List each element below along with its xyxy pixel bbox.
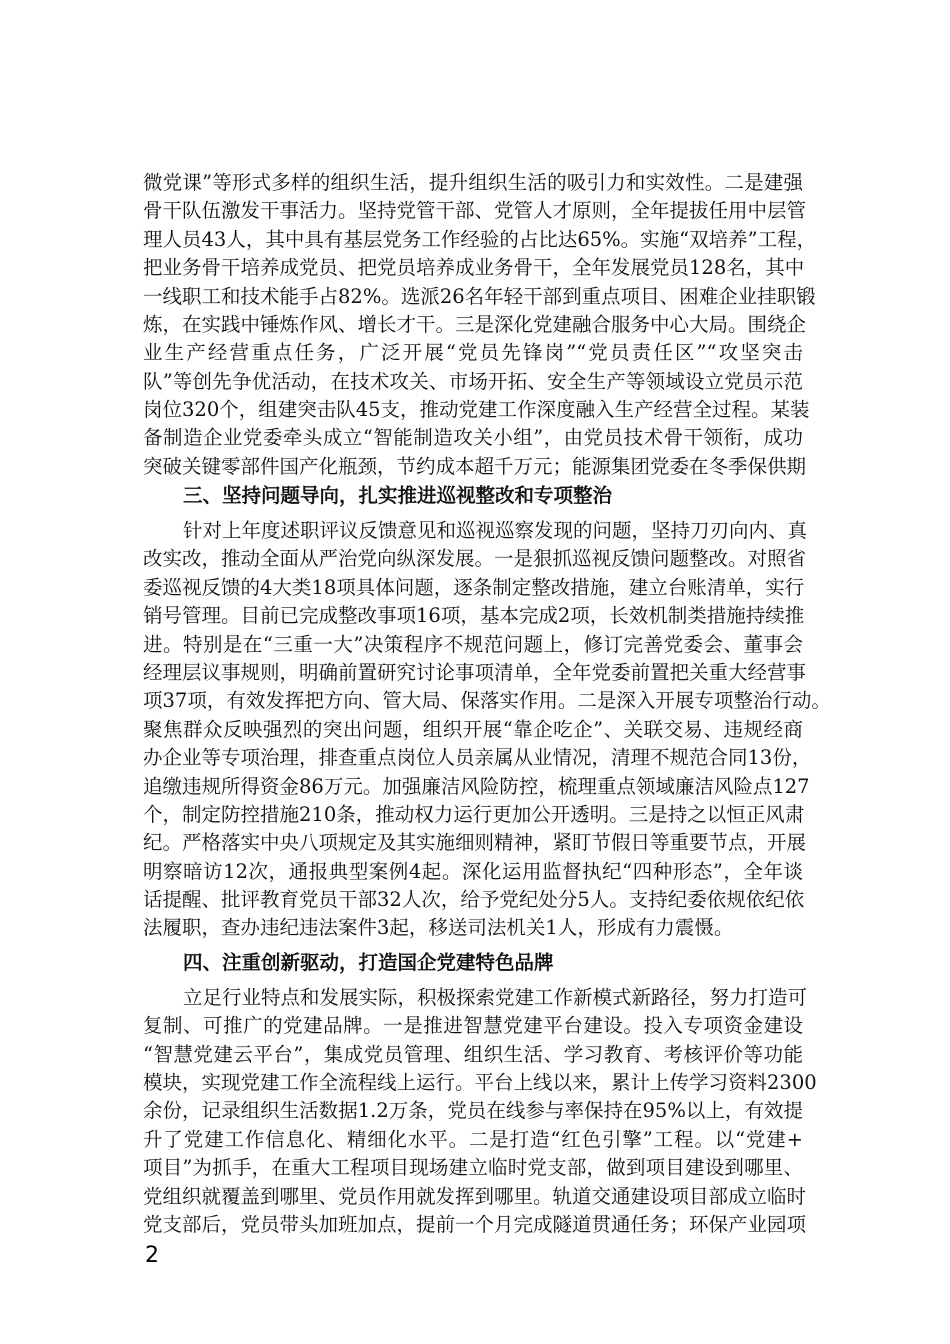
text-line: 立足行业特点和发展实际，积极探索党建工作新模式新路径，努力打造可	[183, 984, 803, 1012]
text-line: 项37项，有效发挥把方向、管大局、保落实作用。二是深入开展专项整治行动。	[143, 687, 803, 715]
text-line: 个，制定防控措施210条，推动权力运行更加公开透明。三是持之以恒正风肃	[143, 801, 803, 829]
text-line: 党支部后，党员带头加班加点，提前一个月完成隧道贯通任务；环保产业园项	[143, 1211, 803, 1239]
text-line: 业生产经营重点任务，广泛开展“党员先锋岗”“党员责任区”“攻坚突击	[143, 339, 803, 367]
text-line: 法履职，查办违纪违法案件3起，移送司法机关1人，形成有力震慑。	[143, 914, 803, 942]
text-line: 把业务骨干培养成党员、把党员培养成业务骨干，全年发展党员128名，其中	[143, 254, 803, 282]
text-line: 针对上年度述职评议反馈意见和巡视巡察发现的问题，坚持刀刃向内、真	[183, 517, 803, 545]
text-line: 项目”为抓手，在重大工程项目现场建立临时党支部，做到项目建设到哪里、	[143, 1154, 803, 1182]
text-line: 微党课”等形式多样的组织生活，提升组织生活的吸引力和实效性。二是建强	[143, 169, 803, 197]
text-line: 委巡视反馈的4大类18项具体问题，逐条制定整改措施，建立台账清单，实行	[143, 574, 803, 602]
text-line: 骨干队伍激发干事活力。坚持党管干部、党管人才原则，全年提拔任用中层管	[143, 197, 803, 225]
text-line: 升了党建工作信息化、精细化水平。二是打造“红色引擎”工程。以“党建+	[143, 1126, 803, 1154]
text-line: 一线职工和技术能手占82%。选派26名年轻干部到重点项目、困难企业挂职锻	[143, 283, 803, 311]
text-line: 纪。严格落实中央八项规定及其实施细则精神，紧盯节假日等重要节点，开展	[143, 829, 803, 857]
text-line: 改实改，推动全面从严治党向纵深发展。一是狠抓巡视反馈问题整改。对照省	[143, 545, 803, 573]
text-line: 办企业等专项治理，排查重点岗位人员亲属从业情况，清理不规范合同13份，	[143, 744, 803, 772]
text-line: 余份，记录组织生活数据1.2万条，党员在线参与率保持在95%以上，有效提	[143, 1097, 803, 1125]
section-heading-3: 三、坚持问题导向，扎实推进巡视整改和专项整治	[183, 481, 612, 511]
text-line: 备制造企业党委牵头成立“智能制造攻关小组”，由党员技术骨干领衔，成功	[143, 424, 803, 452]
document-page: 微党课”等形式多样的组织生活，提升组织生活的吸引力和实效性。二是建强 骨干队伍激…	[0, 0, 950, 1344]
text-line: 销号管理。目前已完成整改事项16项，基本完成2项，长效机制类措施持续推	[143, 602, 803, 630]
text-line: “智慧党建云平台”，集成党员管理、组织生活、学习教育、考核评价等功能	[143, 1041, 803, 1069]
text-line: 进。特别是在“三重一大”决策程序不规范问题上，修订完善党委会、董事会	[143, 631, 803, 659]
text-line: 党组织就覆盖到哪里、党员作用就发挥到哪里。轨道交通建设项目部成立临时	[143, 1183, 803, 1211]
text-line: 理人员43人，其中具有基层党务工作经验的占比达65%。实施“双培养”工程，	[143, 226, 803, 254]
text-line: 明察暗访12次，通报典型案例4起。深化运用监督执纪“四种形态”，全年谈	[143, 858, 803, 886]
text-line: 队”等创先争优活动，在技术攻关、市场开拓、安全生产等领域设立党员示范	[143, 368, 803, 396]
page-number: 2	[145, 1243, 159, 1268]
text-line: 聚焦群众反映强烈的突出问题，组织开展“靠企吃企”、关联交易、违规经商	[143, 716, 803, 744]
text-line: 追缴违规所得资金86万元。加强廉洁风险防控，梳理重点领域廉洁风险点127	[143, 773, 803, 801]
text-line: 话提醒、批评教育党员干部32人次，给予党纪处分5人。支持纪委依规依纪依	[143, 886, 803, 914]
text-line: 模块，实现党建工作全流程线上运行。平台上线以来，累计上传学习资料2300	[143, 1069, 803, 1097]
text-line: 突破关键零部件国产化瓶颈，节约成本超千万元；能源集团党委在冬季保供期	[143, 453, 803, 481]
section-heading-4: 四、注重创新驱动，打造国企党建特色品牌	[183, 948, 554, 978]
text-line: 经理层议事规则，明确前置研究讨论事项清单，全年党委前置把关重大经营事	[143, 659, 803, 687]
text-line: 炼，在实践中锤炼作风、增长才干。三是深化党建融合服务中心大局。围绕企	[143, 311, 803, 339]
text-line: 复制、可推广的党建品牌。一是推进智慧党建平台建设。投入专项资金建设	[143, 1012, 803, 1040]
text-line: 岗位320个，组建突击队45支，推动党建工作深度融入生产经营全过程。某装	[143, 396, 803, 424]
